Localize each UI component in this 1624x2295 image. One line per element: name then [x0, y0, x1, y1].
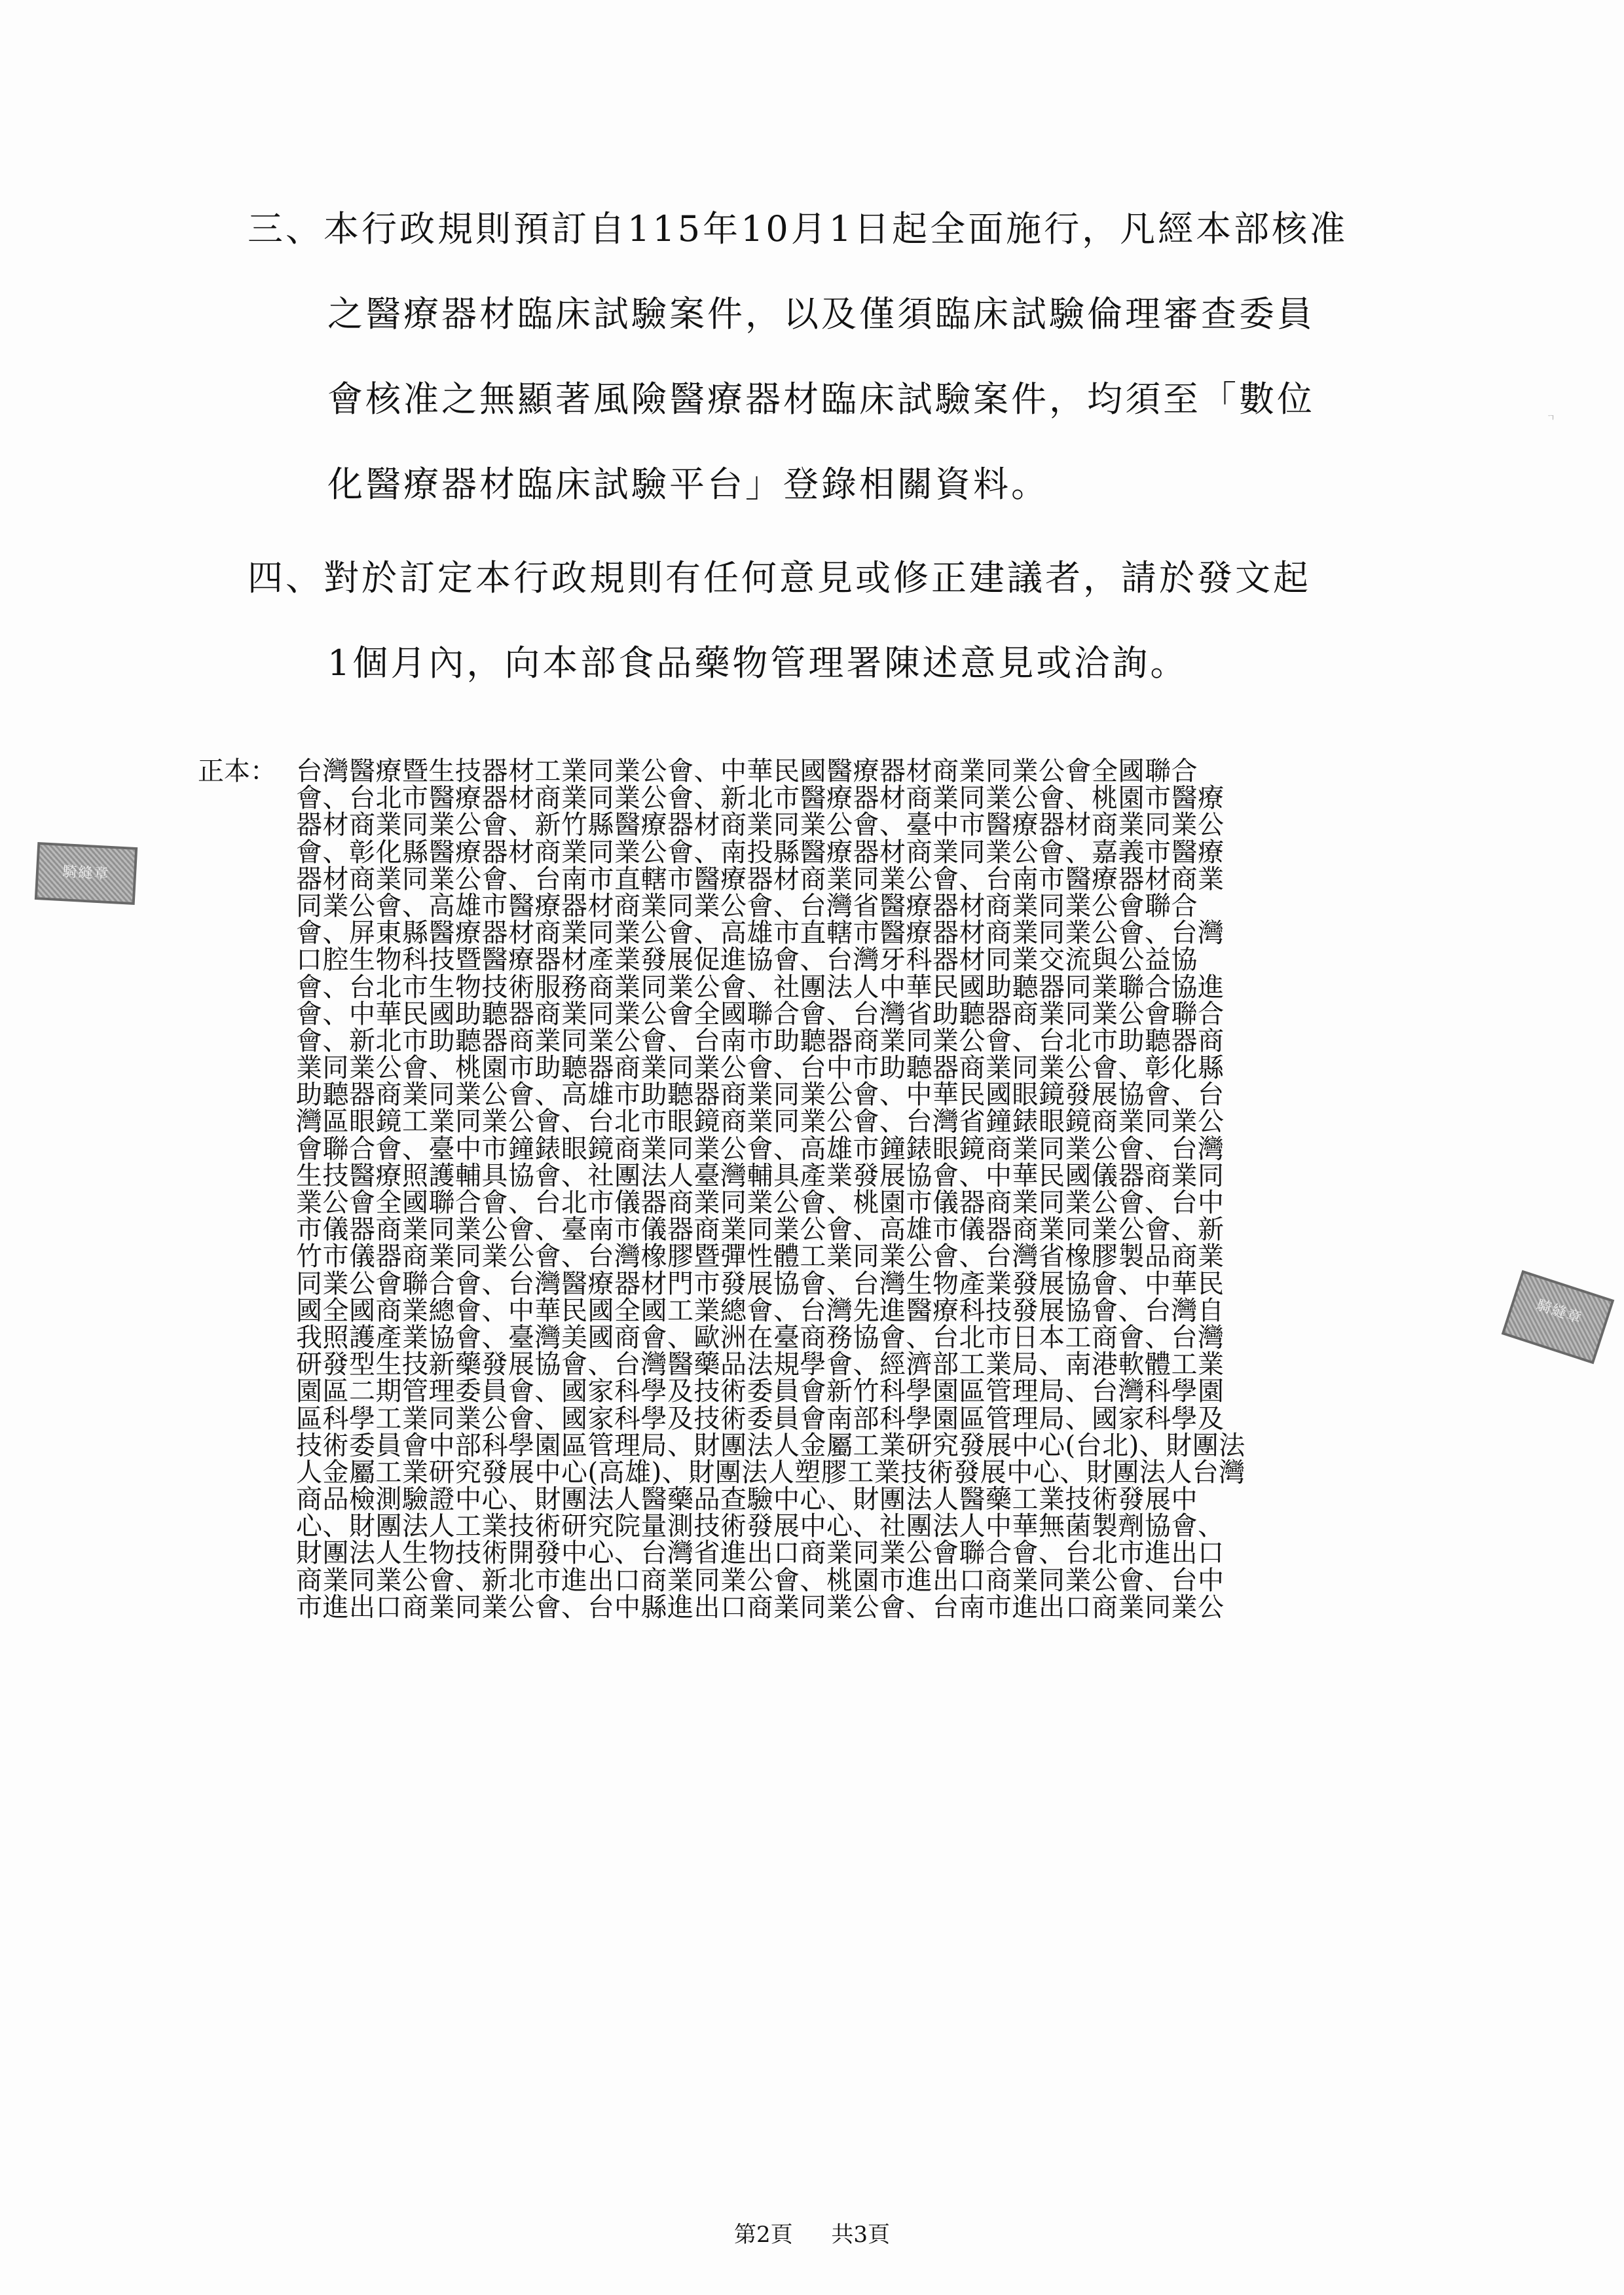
recipient-line: 助聽器商業同業公會、高雄市助聽器商業同業公會、中華民國眼鏡發展協會、台 — [296, 1082, 1462, 1109]
recipient-line: 園區二期管理委員會、國家科學及技術委員會新竹科學園區管理局、台灣科學園 — [296, 1378, 1462, 1405]
recipient-line: 我照護產業協會、臺灣美國商會、歐洲在臺商務協會、台北市日本工商會、台灣 — [296, 1325, 1462, 1351]
seal-stamp-text: 騎縫章 — [37, 845, 135, 902]
recipient-line: 會、彰化縣醫療器材商業同業公會、南投縣醫療器材商業同業公會、嘉義市醫療 — [296, 839, 1462, 866]
recipient-line: 同業公會聯合會、台灣醫療器材門市發展協會、台灣生物產業發展協會、中華民 — [296, 1271, 1462, 1298]
recipient-line: 會、新北市助聽器商業同業公會、台南市助聽器商業同業公會、台北市助聽器商 — [296, 1028, 1462, 1055]
recipient-line: 同業公會、高雄市醫療器材商業同業公會、台灣省醫療器材商業同業公會聯合 — [296, 893, 1462, 920]
section-line: 三、本行政規則預訂自115年10月1日起全面施行，凡經本部核准 — [248, 187, 1479, 272]
recipient-line: 器材商業同業公會、台南市直轄市醫療器材商業同業公會、台南市醫療器材商業 — [296, 866, 1462, 893]
margin-mark: ㄱ — [1546, 411, 1555, 424]
recipient-line: 會、台北市生物技術服務商業同業公會、社團法人中華民國助聽器同業聯合協進 — [296, 974, 1462, 1001]
recipient-line: 國全國商業總會、中華民國全國工業總會、台灣先進醫療科技發展協會、台灣自 — [296, 1298, 1462, 1325]
recipient-line: 台灣醫療暨生技器材工業同業公會、中華民國醫療器材商業同業公會全國聯合 — [296, 758, 1462, 785]
recipients-label: 正本： — [198, 758, 276, 785]
section-line: 會核准之無顯著風險醫療器材臨床試驗案件，均須至「數位 — [248, 357, 1479, 442]
seal-stamp-text: 騎縫章 — [1507, 1274, 1611, 1351]
recipient-line: 財團法人生物技術開發中心、台灣省進出口商業同業公會聯合會、台北市進出口 — [296, 1540, 1462, 1567]
page-number-current: 第2頁 — [734, 2222, 793, 2248]
recipient-line: 竹市儀器商業同業公會、台灣橡膠暨彈性體工業同業公會、台灣省橡膠製品商業 — [296, 1243, 1462, 1270]
section-three: 三、本行政規則預訂自115年10月1日起全面施行，凡經本部核准 之醫療器材臨床試… — [248, 187, 1479, 527]
recipient-line: 市進出口商業同業公會、台中縣進出口商業同業公會、台南市進出口商業同業公 — [296, 1594, 1462, 1621]
page-number-total: 共3頁 — [831, 2222, 890, 2248]
section-line: 四、對於訂定本行政規則有任何意見或修正建議者，請於發文起 — [248, 536, 1479, 621]
recipient-line: 灣區眼鏡工業同業公會、台北市眼鏡商業同業公會、台灣省鐘錶眼鏡商業同業公 — [296, 1109, 1462, 1135]
recipients-list: 台灣醫療暨生技器材工業同業公會、中華民國醫療器材商業同業公會全國聯合 會、台北市… — [296, 758, 1462, 1621]
section-four: 四、對於訂定本行政規則有任何意見或修正建議者，請於發文起 1個月內，向本部食品藥… — [248, 536, 1479, 706]
recipient-line: 業公會全國聯合會、台北市儀器商業同業公會、桃園市儀器商業同業公會、台中 — [296, 1190, 1462, 1217]
recipient-line: 器材商業同業公會、新竹縣醫療器材商業同業公會、臺中市醫療器材商業同業公 — [296, 812, 1462, 839]
recipient-line: 會、台北市醫療器材商業同業公會、新北市醫療器材商業同業公會、桃園市醫療 — [296, 785, 1462, 812]
recipient-line: 市儀器商業同業公會、臺南市儀器商業同業公會、高雄市儀器商業同業公會、新 — [296, 1217, 1462, 1243]
recipient-line: 會、中華民國助聽器商業同業公會全國聯合會、台灣省助聽器商業同業公會聯合 — [296, 1001, 1462, 1028]
page-footer: 第2頁 共3頁 — [0, 2216, 1624, 2249]
recipient-line: 商品檢測驗證中心、財團法人醫藥品查驗中心、財團法人醫藥工業技術發展中 — [296, 1486, 1462, 1513]
seal-stamp-right: 騎縫章 — [1502, 1270, 1615, 1365]
recipient-line: 生技醫療照護輔具協會、社團法人臺灣輔具產業發展協會、中華民國儀器商業同 — [296, 1163, 1462, 1190]
section-line: 1個月內，向本部食品藥物管理署陳述意見或洽詢。 — [248, 621, 1479, 706]
recipient-line: 人金屬工業研究發展中心(高雄)、財團法人塑膠工業技術發展中心、財團法人台灣 — [296, 1460, 1462, 1486]
recipient-line: 口腔生物科技暨醫療器材產業發展促進協會、台灣牙科器材同業交流與公益協 — [296, 947, 1462, 974]
recipient-line: 會聯合會、臺中市鐘錶眼鏡商業同業公會、高雄市鐘錶眼鏡商業同業公會、台灣 — [296, 1136, 1462, 1163]
document-page: 騎縫章 騎縫章 ㄱ 三、本行政規則預訂自115年10月1日起全面施行，凡經本部核… — [0, 0, 1624, 2295]
section-line: 化醫療器材臨床試驗平台」登錄相關資料。 — [248, 442, 1479, 527]
recipient-line: 技術委員會中部科學園區管理局、財團法人金屬工業研究發展中心(台北)、財團法 — [296, 1433, 1462, 1460]
recipient-line: 研發型生技新藥發展協會、台灣醫藥品法規學會、經濟部工業局、南港軟體工業 — [296, 1351, 1462, 1378]
section-line: 之醫療器材臨床試驗案件，以及僅須臨床試驗倫理審查委員 — [248, 272, 1479, 357]
recipient-line: 商業同業公會、新北市進出口商業同業公會、桃園市進出口商業同業公會、台中 — [296, 1568, 1462, 1594]
recipient-line: 心、財團法人工業技術研究院量測技術發展中心、社團法人中華無菌製劑協會、 — [296, 1513, 1462, 1540]
recipient-line: 業同業公會、桃園市助聽器商業同業公會、台中市助聽器商業同業公會、彰化縣 — [296, 1055, 1462, 1082]
seal-stamp-left: 騎縫章 — [35, 842, 138, 905]
recipient-line: 區科學工業同業公會、國家科學及技術委員會南部科學園區管理局、國家科學及 — [296, 1406, 1462, 1433]
recipient-line: 會、屏東縣醫療器材商業同業公會、高雄市直轄市醫療器材商業同業公會、台灣 — [296, 920, 1462, 947]
